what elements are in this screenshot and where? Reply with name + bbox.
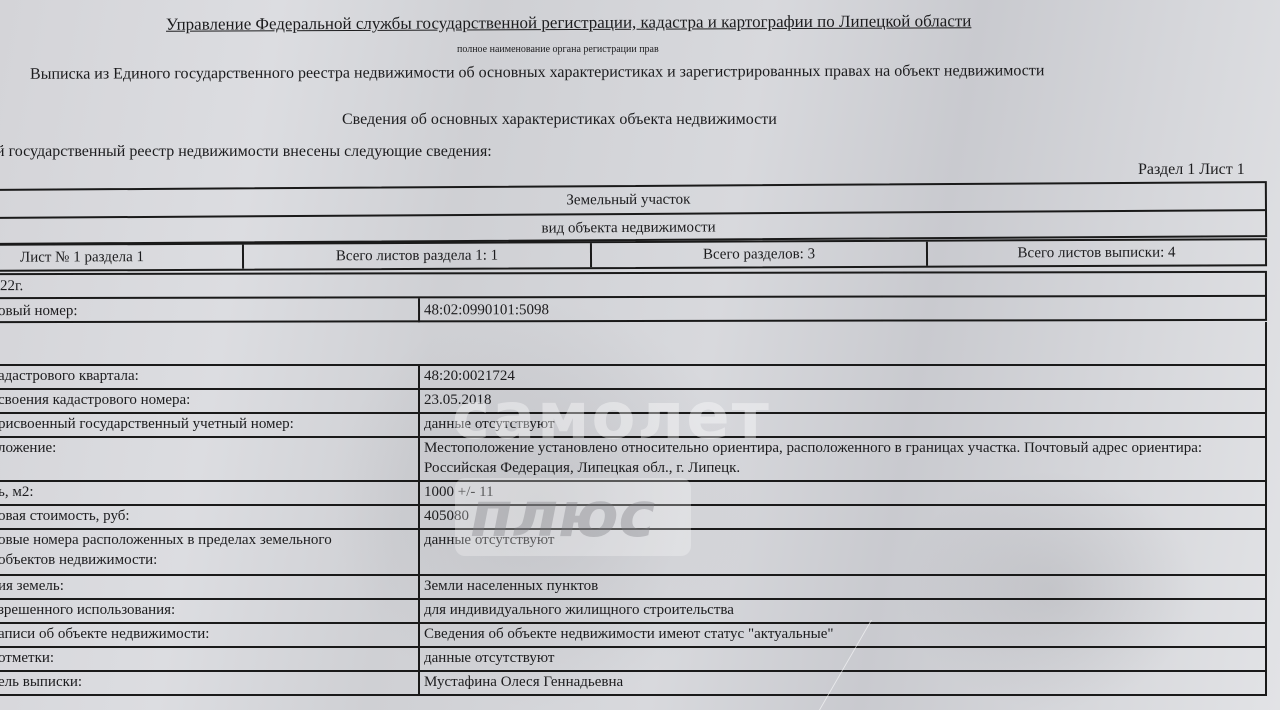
- table-row: адастрового квартала: 48:20:0021724: [0, 366, 1265, 390]
- extract-date: 22г.: [0, 273, 1265, 299]
- row-value: данные отсутствуют: [420, 414, 1265, 436]
- table-row: ь, м2: 1000 +/- 11: [0, 482, 1265, 506]
- table-row: ель выписки: Мустафина Олеся Геннадьевна: [0, 672, 1265, 694]
- total-sections: Всего разделов: 3: [590, 242, 926, 267]
- row-value: данные отсутствуют: [420, 530, 1265, 574]
- row-label: ложение:: [0, 438, 420, 480]
- blank-band: [0, 322, 1267, 366]
- authority-caption: полное наименование органа регистрации п…: [457, 44, 659, 55]
- row-value: для индивидуального жилищного строительс…: [420, 600, 1265, 622]
- total-sheets-extract: Всего листов выписки: 4: [926, 240, 1265, 265]
- row-label: рисвоенный государственный учетный номер…: [0, 414, 420, 436]
- table-row: зрешенного использования: для индивидуал…: [0, 600, 1265, 624]
- intro-text: й государственный реестр недвижимости вн…: [0, 143, 492, 161]
- row-label: ель выписки:: [0, 672, 420, 694]
- table-row: овые номера расположенных в пределах зем…: [0, 530, 1265, 576]
- section-sheet-label: Раздел 1 Лист 1: [1138, 161, 1245, 179]
- table-row: овая стоимость, руб: 405080: [0, 506, 1265, 530]
- table-row: отметки: данные отсутствуют: [0, 648, 1265, 672]
- row-value: данные отсутствуют: [420, 648, 1265, 670]
- registration-authority-name: Управление Федеральной службы государств…: [166, 11, 971, 35]
- row-label: ь, м2:: [0, 482, 420, 504]
- row-label: своения кадастрового номера:: [0, 390, 420, 412]
- object-type-box: Земельный участок вид объекта недвижимос…: [0, 181, 1267, 245]
- table-row: своения кадастрового номера: 23.05.2018: [0, 390, 1265, 414]
- cadastral-number-row: овый номер: 48:02:0990101:5098: [0, 297, 1265, 323]
- table-row: рисвоенный государственный учетный номер…: [0, 414, 1265, 438]
- cadastral-number-label: овый номер:: [0, 298, 420, 323]
- row-value: 48:20:0021724: [420, 366, 1265, 388]
- row-value: 405080: [420, 506, 1265, 528]
- row-value: Мустафина Олеся Геннадьевна: [420, 672, 1265, 694]
- document-subtitle: Сведения об основных характеристиках объ…: [342, 111, 777, 129]
- cadastral-number-value: 48:02:0990101:5098: [420, 297, 1265, 322]
- table-row: аписи об объекте недвижимости: Сведения …: [0, 624, 1265, 648]
- row-label: адастрового квартала:: [0, 366, 420, 388]
- row-label: ия земель:: [0, 576, 420, 598]
- row-value: Местоположение установлено относительно …: [420, 438, 1265, 480]
- row-value: 23.05.2018: [420, 390, 1265, 412]
- row-label: аписи об объекте недвижимости:: [0, 624, 420, 646]
- total-sheets-section: Всего листов раздела 1: 1: [242, 243, 590, 269]
- characteristics-table: адастрового квартала: 48:20:0021724 свое…: [0, 364, 1267, 696]
- sheets-info-row: Лист № 1 раздела 1 Всего листов раздела …: [0, 238, 1267, 272]
- table-row: ия земель: Земли населенных пунктов: [0, 576, 1265, 600]
- sheet-of-section: Лист № 1 раздела 1: [0, 245, 242, 270]
- document-title: Выписка из Единого государственного реес…: [30, 62, 1044, 84]
- row-label: зрешенного использования:: [0, 600, 420, 622]
- row-label: отметки:: [0, 648, 420, 670]
- row-value: Сведения об объекте недвижимости имеют с…: [420, 624, 1265, 646]
- row-label: овая стоимость, руб:: [0, 506, 420, 528]
- row-label: овые номера расположенных в пределах зем…: [0, 530, 420, 574]
- row-value: 1000 +/- 11: [420, 482, 1265, 504]
- date-cadastral-box: 22г. овый номер: 48:02:0990101:5098: [0, 271, 1267, 323]
- table-row: ложение: Местоположение установлено отно…: [0, 438, 1265, 482]
- row-value: Земли населенных пунктов: [420, 576, 1265, 598]
